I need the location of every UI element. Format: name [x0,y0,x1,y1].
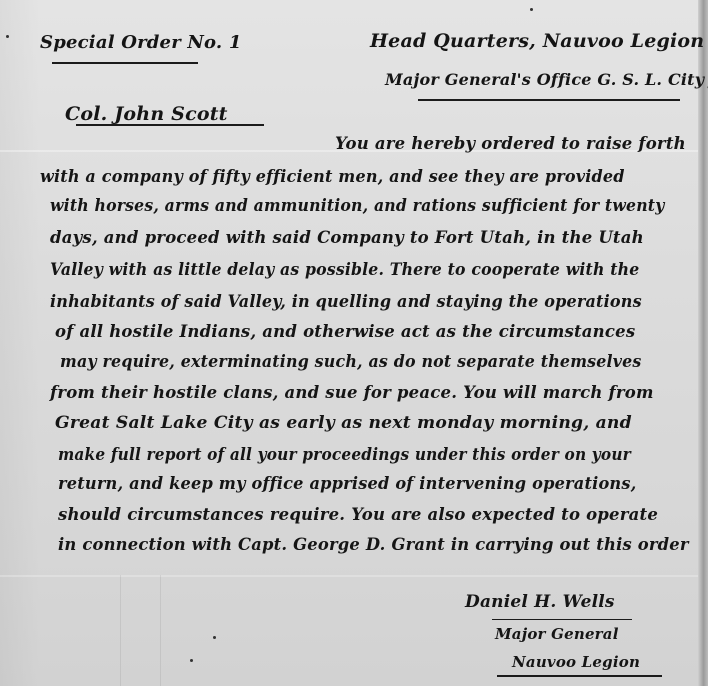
body-line-14: in connection with Capt. George D. Grant… [58,535,689,554]
signature-unit: Nauvoo Legion [512,653,640,671]
body-line-5: Valley with as little delay as possible.… [50,260,639,279]
ink-speck [6,35,9,38]
order-underline [52,62,198,64]
page-edge [698,0,708,686]
addressee-underline [76,124,264,126]
signature-name: Daniel H. Wells [465,592,615,612]
body-line-8: may require, exterminating such, as do n… [60,352,642,371]
signature-underline [492,619,632,620]
body-line-1: You are hereby ordered to raise forth [335,134,686,153]
office-date-line: Major General's Office G. S. L. City Jan… [385,70,708,89]
document-page: Special Order No. 1 Head Quarters, Nauvo… [0,0,708,686]
body-line-11: make full report of all your proceedings… [58,445,631,464]
body-line-13: should circumstances require. You are al… [58,505,658,524]
body-line-6: inhabitants of said Valley, in quelling … [50,292,642,311]
ink-speck [190,659,193,662]
body-line-2: with a company of fifty efficient men, a… [40,167,625,186]
ink-speck [213,636,216,639]
paper-fold-line [0,575,708,577]
body-line-12: return, and keep my office apprised of i… [58,474,637,493]
headquarters-heading: Head Quarters, Nauvoo Legion [370,30,704,52]
signature-title: Major General [495,625,619,643]
body-line-4: days, and proceed with said Company to F… [50,228,644,247]
body-line-3: with horses, arms and ammunition, and ra… [50,196,665,215]
body-line-7: of all hostile Indians, and otherwise ac… [55,322,635,341]
special-order-number: Special Order No. 1 [40,32,242,53]
body-line-10: Great Salt Lake City as early as next mo… [55,413,632,432]
office-underline [418,99,680,101]
ink-speck [530,8,533,11]
unit-underline [497,675,662,677]
paper-crease [120,575,121,686]
body-line-9: from their hostile clans, and sue for pe… [50,383,654,402]
addressee: Col. John Scott [65,103,228,125]
paper-crease [160,575,161,686]
